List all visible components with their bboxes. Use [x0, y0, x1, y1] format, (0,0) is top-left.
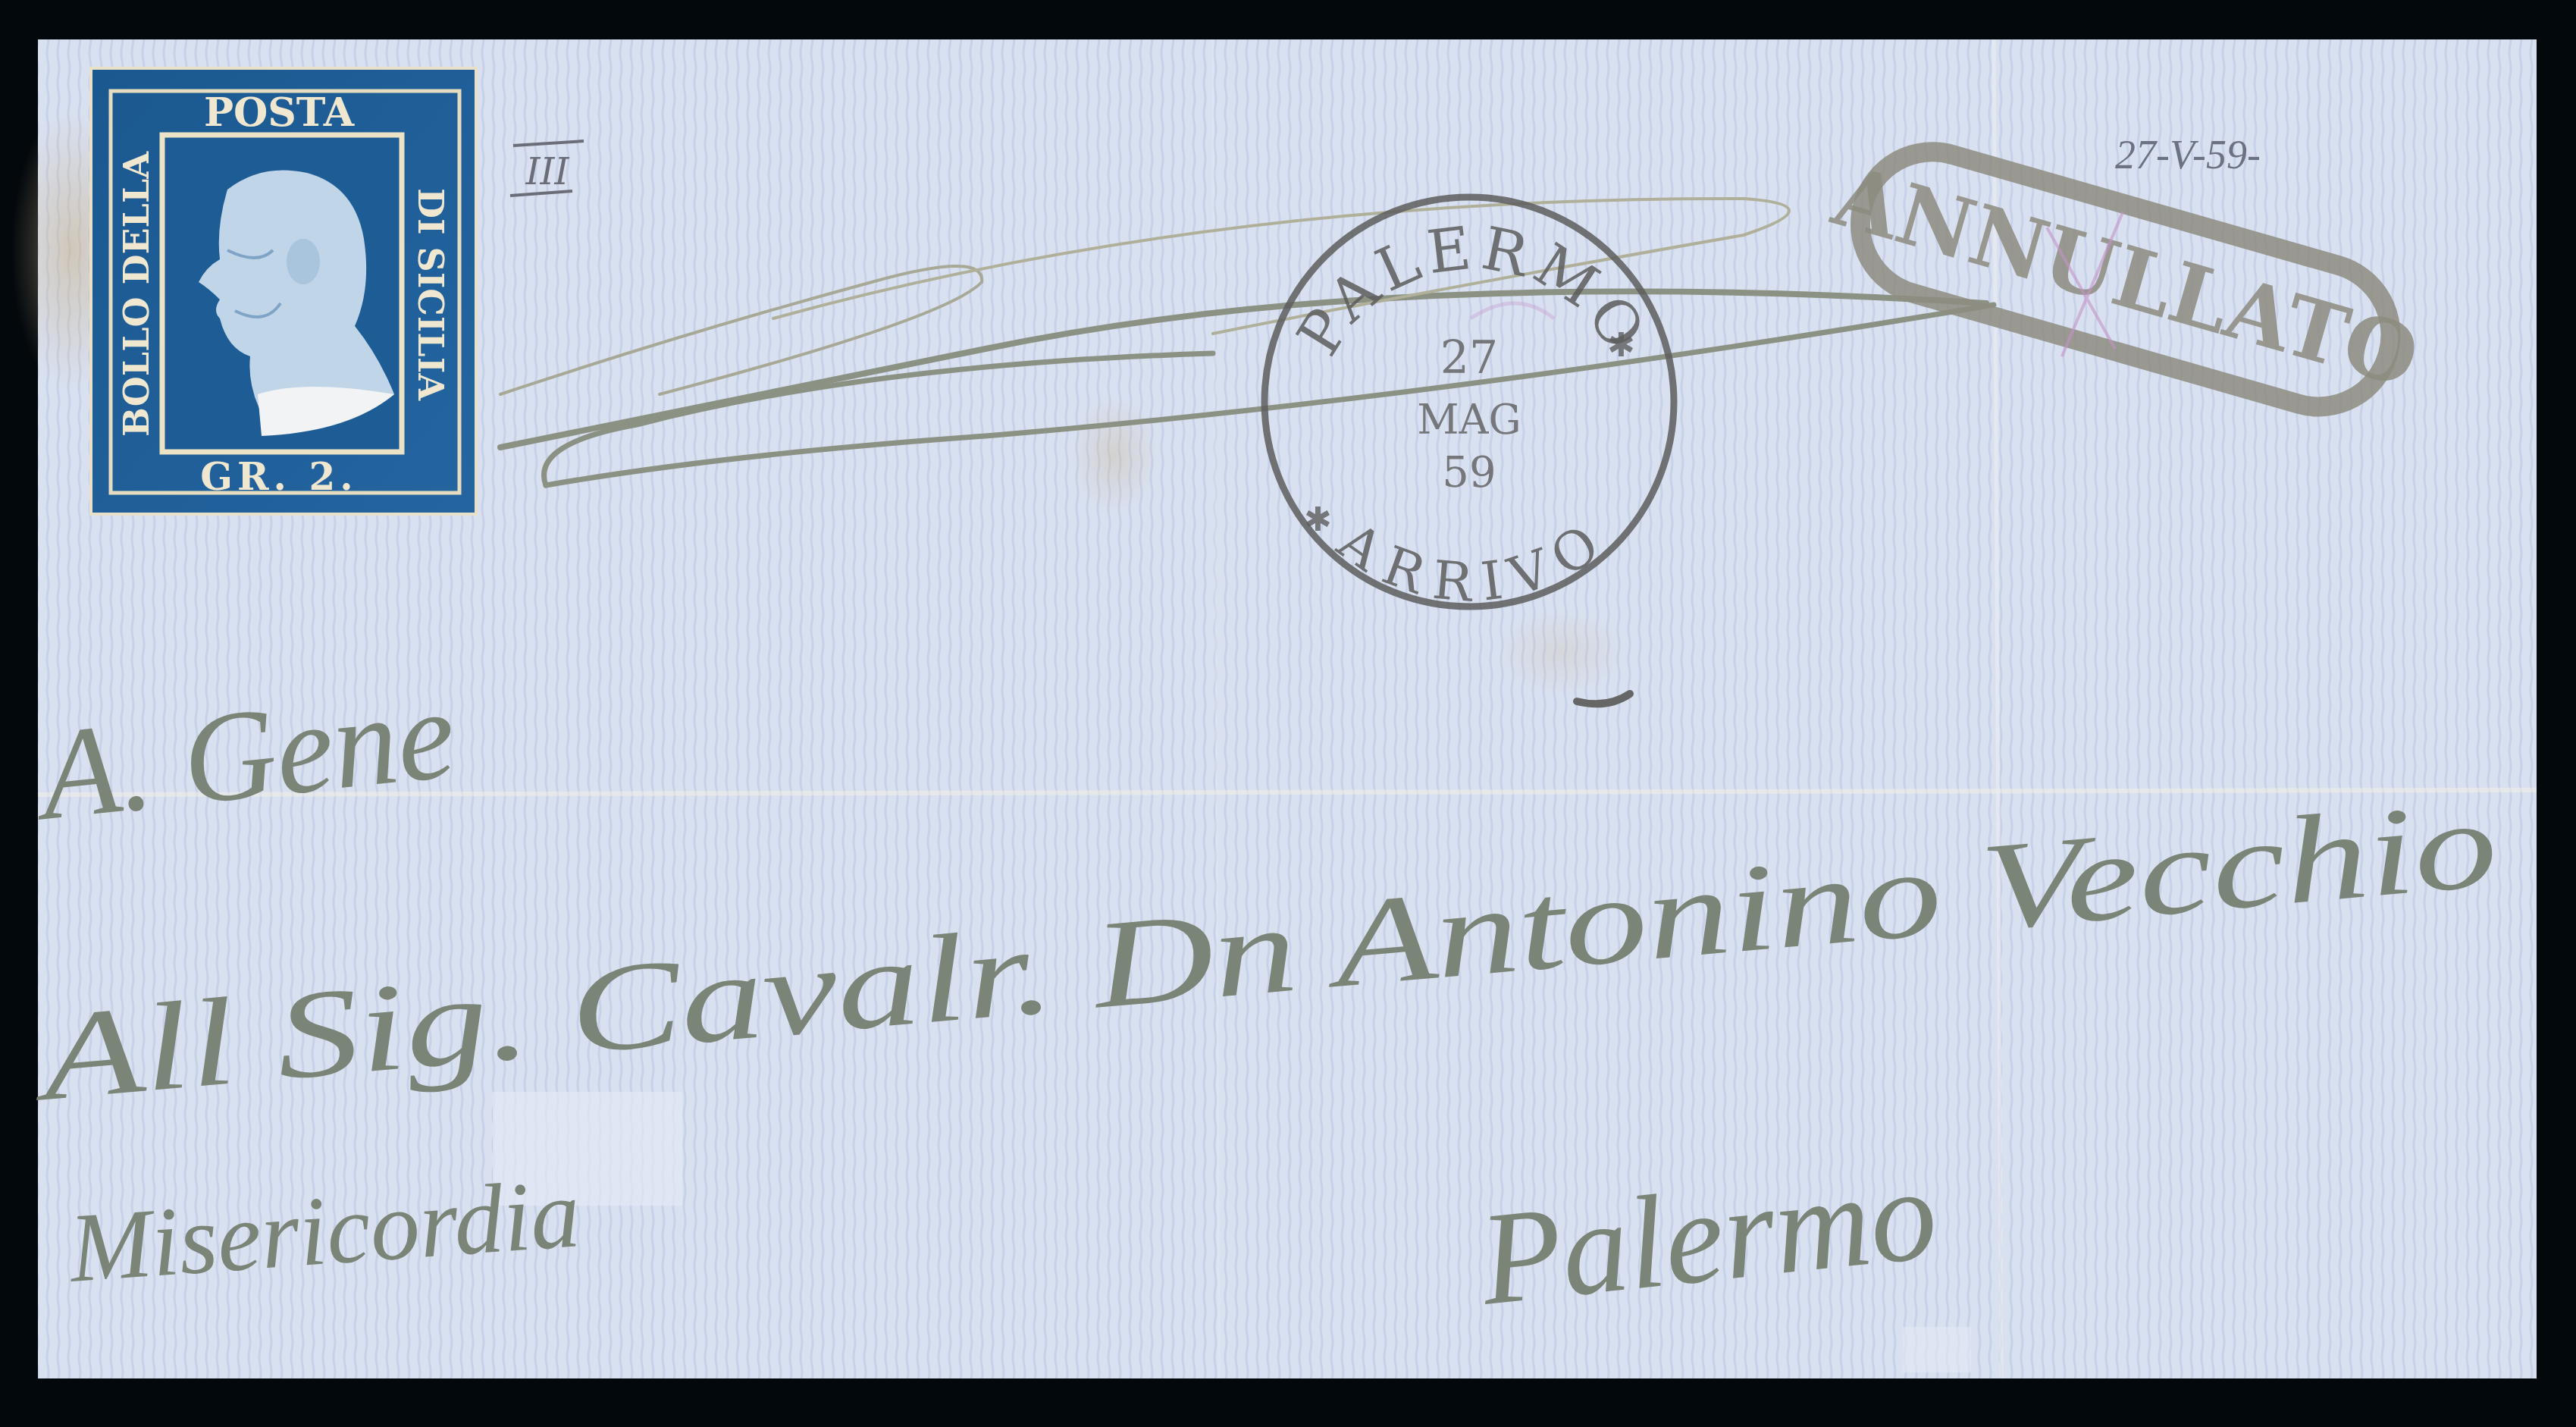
- pencil-date-note: 27-V-59-: [2115, 132, 2261, 177]
- postmark-year: 59: [1442, 448, 1496, 497]
- stamp-value-text: GR. 2.: [200, 454, 357, 499]
- svg-text:III: III: [525, 151, 570, 193]
- stamp-left-text: BOLLO DELLA: [116, 151, 157, 437]
- star-ornament-icon: ✱: [1607, 326, 1635, 365]
- stamp-top-text: POSTA: [204, 89, 355, 136]
- postmark-day: 27: [1440, 331, 1498, 384]
- postage-stamp: POSTA BOLLO DELLA DI SICILIA GR. 2.: [89, 67, 478, 516]
- cover-photo: POSTA BOLLO DELLA DI SICILIA GR. 2. III …: [0, 0, 2576, 1427]
- star-ornament-icon: ✱: [1304, 500, 1332, 539]
- postmark-month: MAG: [1417, 396, 1521, 444]
- cover-canvas: POSTA BOLLO DELLA DI SICILIA GR. 2. III …: [0, 0, 2576, 1427]
- stamp-right-text: DI SICILIA: [410, 188, 451, 401]
